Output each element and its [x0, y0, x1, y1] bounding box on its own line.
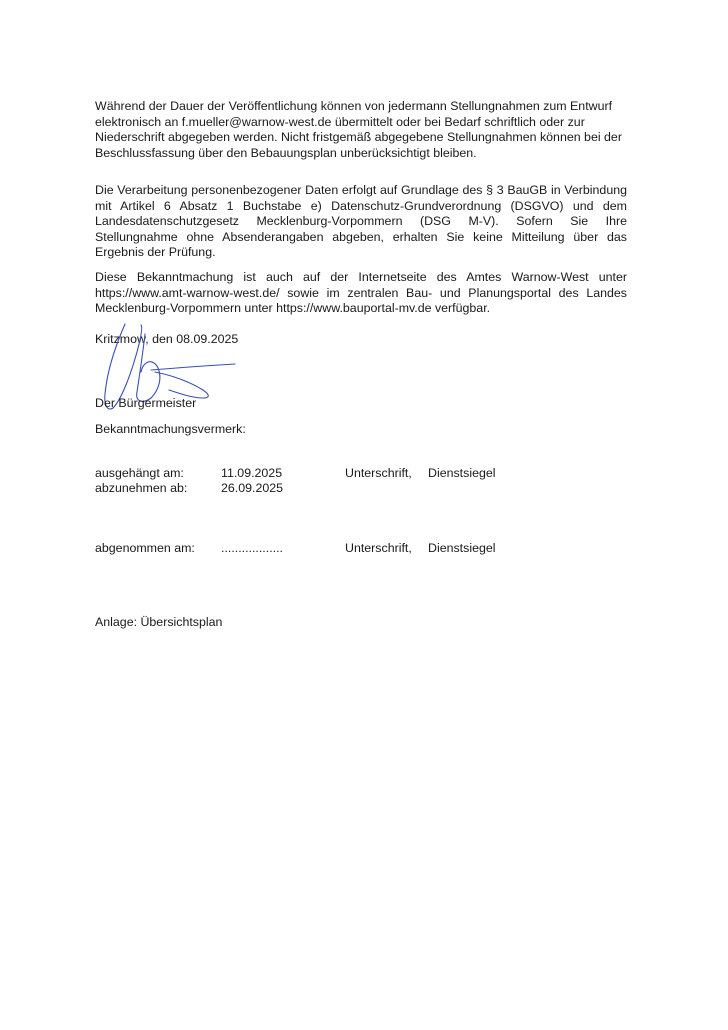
vermerk-label: abzunehmen ab:: [95, 481, 187, 495]
paragraph-datenschutz: Die Verarbeitung personenbezogener Daten…: [95, 183, 627, 261]
vermerk-unterschrift: Unterschrift,: [345, 541, 412, 555]
signer-title: Der Bürgermeister: [95, 396, 196, 411]
paragraph-internetseite: Diese Bekanntmachung ist auch auf der In…: [95, 270, 627, 317]
bekanntmachungsvermerk-label: Bekanntmachungsvermerk:: [95, 422, 246, 437]
document-page: Während der Dauer der Veröffentlichung k…: [0, 0, 728, 1030]
vermerk-unterschrift: Unterschrift,: [345, 466, 412, 480]
vermerk-date: 11.09.2025: [221, 466, 282, 480]
vermerk-label: ausgehängt am:: [95, 466, 184, 480]
vermerk-date-placeholder: ..................: [221, 541, 283, 555]
vermerk-dienstsiegel: Dienstsiegel: [428, 541, 496, 555]
vermerk-dienstsiegel: Dienstsiegel: [428, 466, 496, 480]
paragraph-stellungnahmen: Während der Dauer der Veröffentlichung k…: [95, 99, 627, 161]
vermerk-label: abgenommen am:: [95, 541, 195, 555]
anlage-note: Anlage: Übersichtsplan: [95, 615, 222, 630]
place-date: Kritzmow, den 08.09.2025: [95, 332, 238, 347]
vermerk-date: 26.09.2025: [221, 481, 283, 495]
